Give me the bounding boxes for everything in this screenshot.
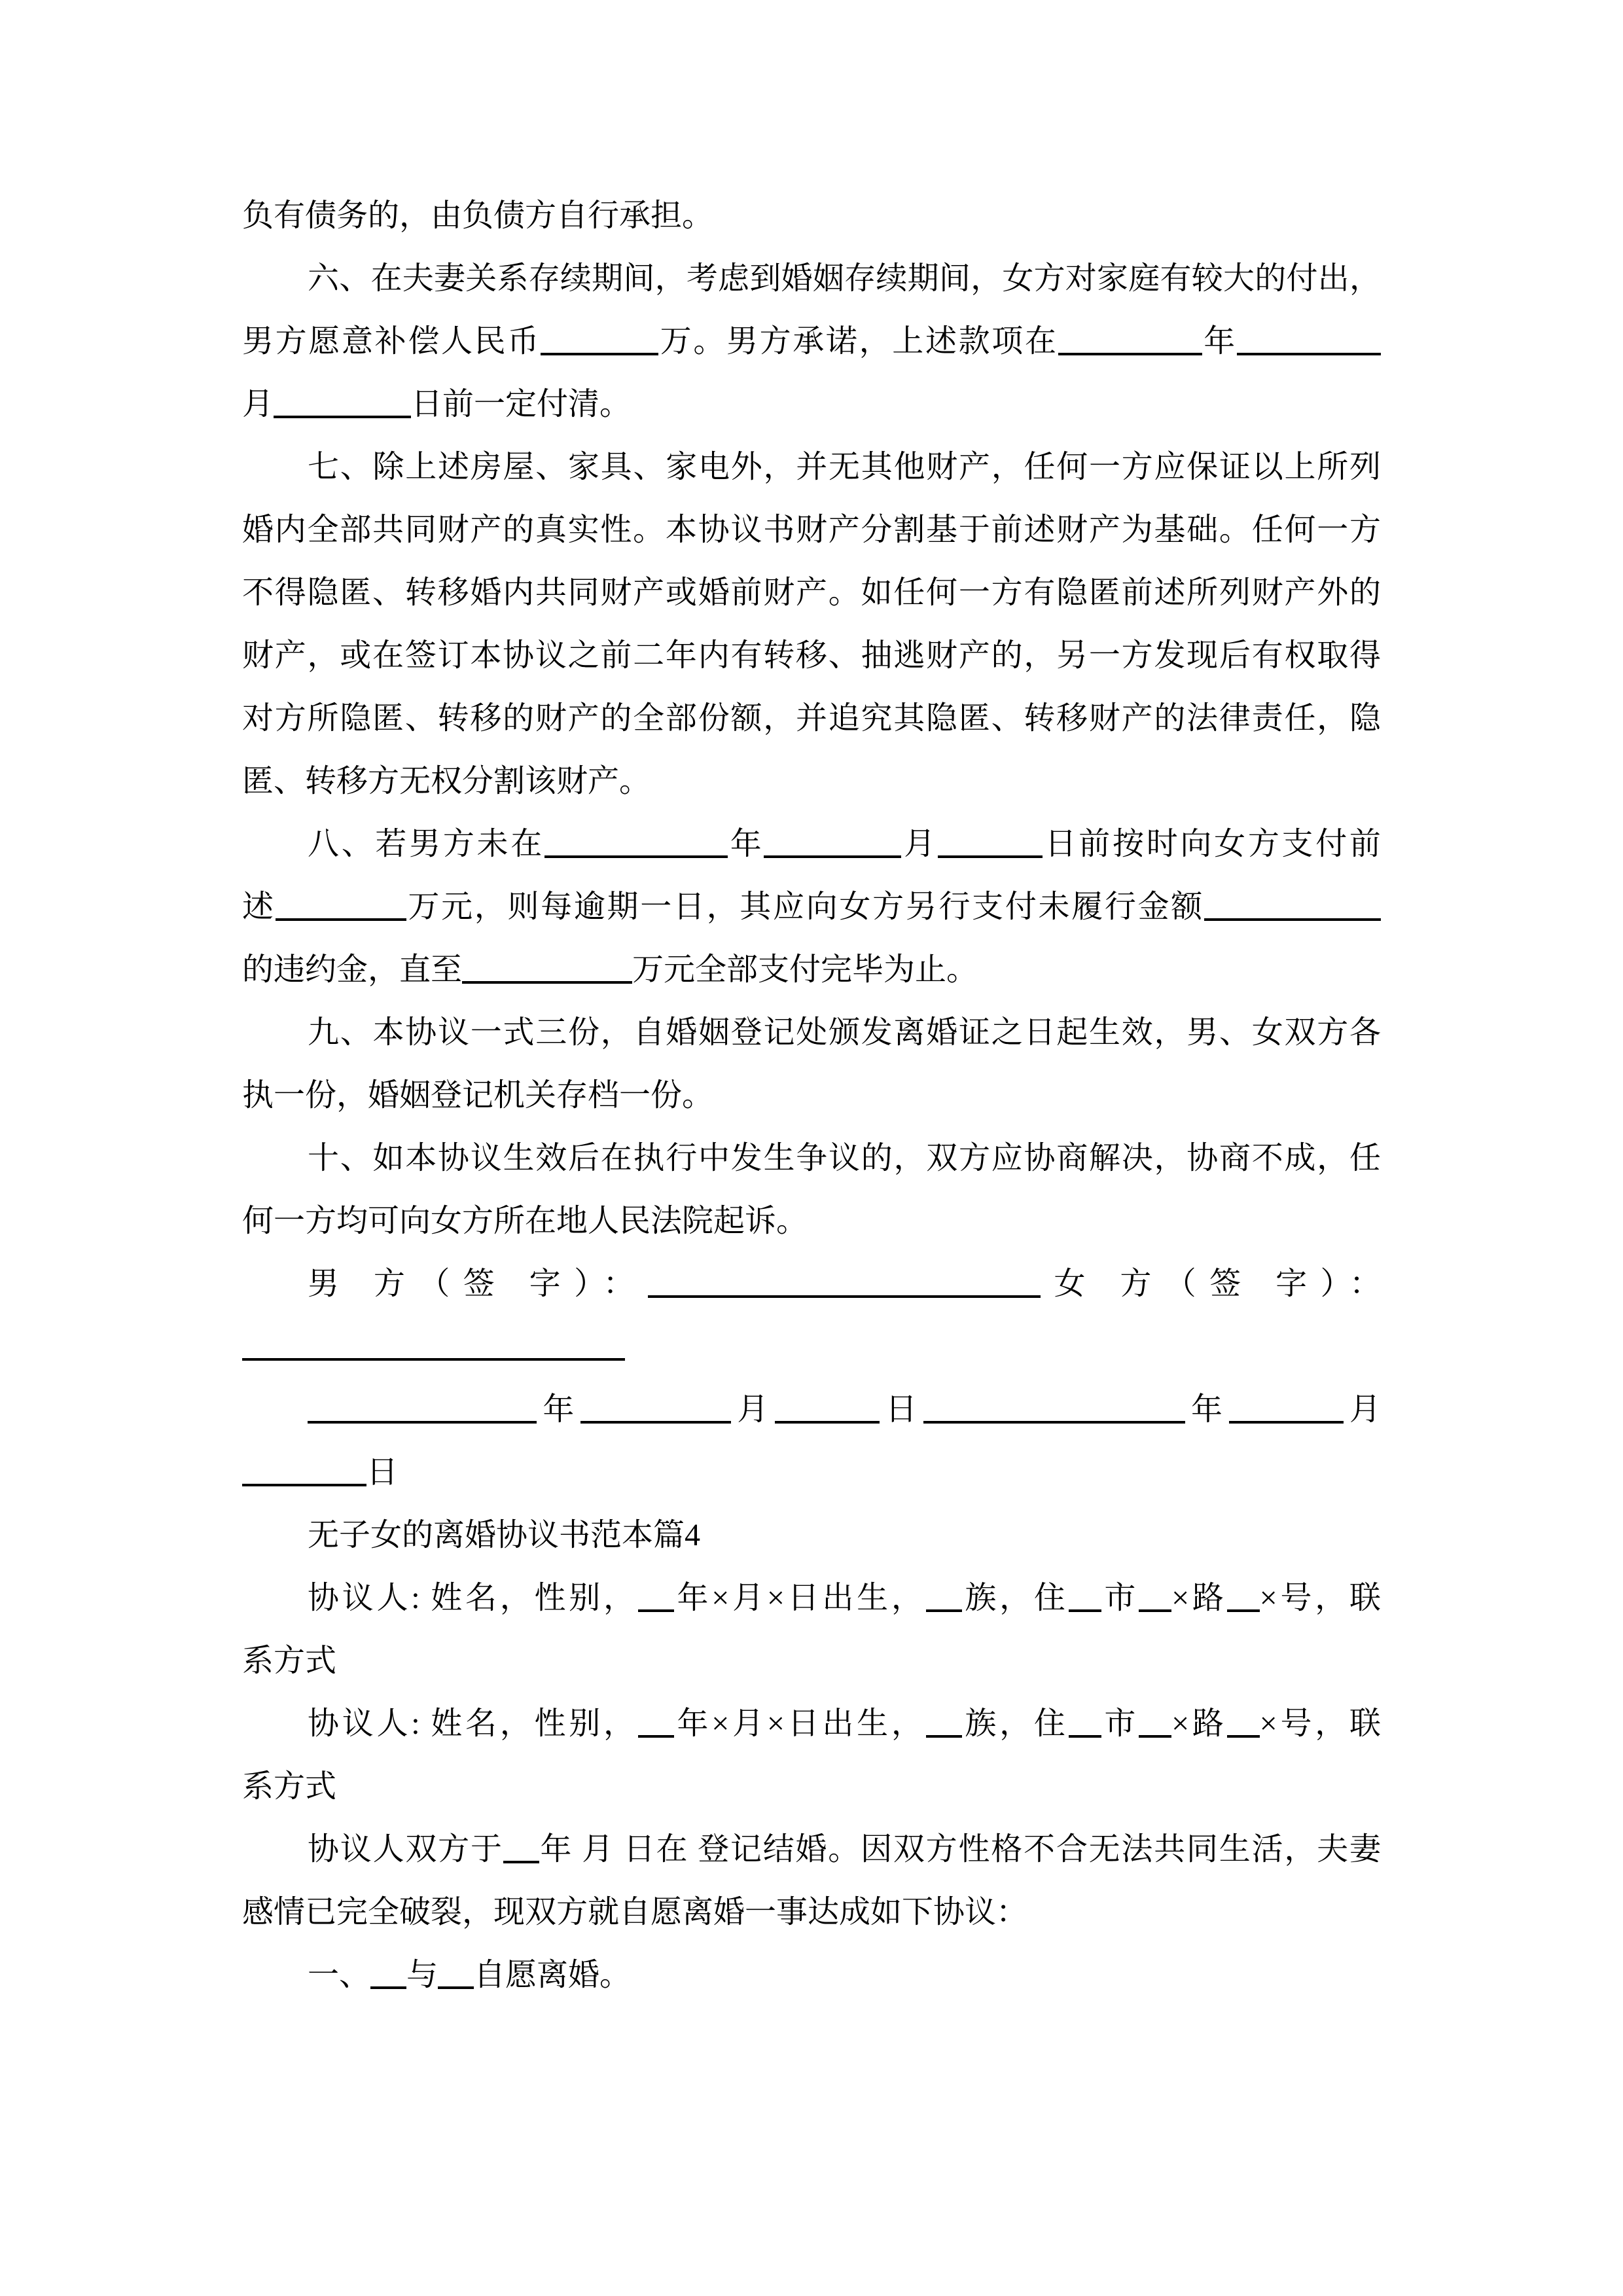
text-run: 市 [1101, 1706, 1139, 1741]
text-run: 六、在夫妻关系存续期间，考虑到婚姻存续期间，女方对家庭有较大的付出， [308, 261, 1381, 296]
text-run: 系方式 [242, 1643, 336, 1678]
text-run: 女 方（签 字）： [1041, 1266, 1381, 1301]
blank-underline [1069, 1582, 1101, 1612]
text-run: 万元，则每逾期一日，其应向女方另行支付未履行金额 [406, 889, 1204, 924]
text-run: 年 月 日在 登记结婚。因双方性格不合无法共同生活，夫妻 [539, 1832, 1381, 1867]
text-run: 七、除上述房屋、家具、家电外，并无其他财产，任何一方应保证以上所列 [308, 450, 1381, 484]
text-line-21: 日 [242, 1441, 1381, 1504]
blank-underline [1237, 325, 1381, 355]
text-line-29: 一、与自愿离婚。 [242, 1944, 1381, 2007]
text-line-28: 感情已完全破裂，现双方就自愿离婚一事达成如下协议： [242, 1881, 1381, 1944]
blank-underline [1139, 1708, 1171, 1738]
text-line-15: 执一份，婚姻登记机关存档一份。 [242, 1064, 1381, 1127]
text-run: 与 [406, 1958, 438, 1992]
blank-underline [926, 1582, 962, 1612]
text-run: 一、 [308, 1958, 370, 1992]
text-run: ×路 [1171, 1706, 1227, 1741]
text-run: 述 [242, 889, 276, 924]
text-run: 财产，或在签订本协议之前二年内有转移、抽逃财产的，另一方发现后有权取得 [242, 638, 1381, 673]
text-line-19 [242, 1316, 1381, 1378]
text-line-24: 系方式 [242, 1630, 1381, 1693]
blank-underline [1227, 1582, 1260, 1612]
text-line-18: 男 方（签 字）：女 方（签 字）： [242, 1253, 1381, 1316]
text-line-26: 系方式 [242, 1755, 1381, 1818]
blank-underline [242, 1456, 366, 1486]
text-line-5: 七、除上述房屋、家具、家电外，并无其他财产，任何一方应保证以上所列 [242, 436, 1381, 499]
text-run: 感情已完全破裂，现双方就自愿离婚一事达成如下协议： [242, 1895, 1027, 1929]
text-run: 日 [366, 1455, 398, 1490]
text-run: 十、如本协议生效后在执行中发生争议的，双方应协商解决，协商不成，任 [308, 1141, 1381, 1175]
text-line-12: 述万元，则每逾期一日，其应向女方另行支付未履行金额 [242, 876, 1381, 939]
blank-underline [638, 1582, 674, 1612]
text-run: 月 [901, 827, 937, 861]
text-run: 对方所隐匿、转移的财产的全部份额，并追究其隐匿、转移财产的法律责任，隐 [242, 701, 1381, 736]
text-line-16: 十、如本协议生效后在执行中发生争议的，双方应协商解决，协商不成，任 [242, 1127, 1381, 1190]
document-page: 负有债务的，由负债方自行承担。六、在夫妻关系存续期间，考虑到婚姻存续期间，女方对… [242, 185, 1381, 2007]
text-line-14: 九、本协议一式三份，自婚姻登记处颁发离婚证之日起生效，男、女双方各 [242, 1001, 1381, 1064]
text-run: 年 [1202, 324, 1237, 359]
text-run: ×号，联 [1260, 1581, 1381, 1615]
blank-underline [276, 891, 406, 921]
text-line-20: 年月日年月 [242, 1378, 1381, 1441]
text-line-8: 财产，或在签订本协议之前二年内有转移、抽逃财产的，另一方发现后有权取得 [242, 624, 1381, 687]
text-run: 匿、转移方无权分割该财产。 [242, 764, 651, 798]
text-run: 八、若男方未在 [308, 827, 544, 861]
text-run: 月 [731, 1392, 775, 1427]
text-line-23: 协议人: 姓名，性别，年×月×日出生，族，住市×路×号，联 [242, 1567, 1381, 1630]
blank-underline [775, 1393, 880, 1424]
text-run: 不得隐匿、转移婚内共同财产或婚前财产。如任何一方有隐匿前述所列财产外的 [242, 575, 1381, 610]
text-line-1: 负有债务的，由负债方自行承担。 [242, 185, 1381, 247]
text-run: ×号，联 [1260, 1706, 1381, 1741]
text-run: 族，住 [962, 1581, 1069, 1615]
text-line-7: 不得隐匿、转移婚内共同财产或婚前财产。如任何一方有隐匿前述所列财产外的 [242, 562, 1381, 624]
text-run: 何一方均可向女方所在地人民法院起诉。 [242, 1204, 808, 1238]
blank-underline [580, 1393, 731, 1424]
text-run: 的违约金，直至 [242, 952, 462, 987]
text-line-11: 八、若男方未在年月日前按时向女方支付前 [242, 813, 1381, 876]
text-run: ×路 [1171, 1581, 1227, 1615]
text-run: 自愿离婚。 [474, 1958, 631, 1992]
text-run: 负有债务的，由负债方自行承担。 [242, 198, 713, 233]
blank-underline [1229, 1393, 1344, 1424]
text-run: 无子女的离婚协议书范本篇4 [308, 1518, 700, 1552]
blank-underline [938, 828, 1043, 858]
text-line-4: 月日前一定付清。 [242, 373, 1381, 436]
blank-underline [462, 954, 632, 984]
text-run: 日前按时向女方支付前 [1043, 827, 1381, 861]
blank-underline [308, 1393, 537, 1424]
blank-underline [638, 1708, 674, 1738]
text-line-3: 男方愿意补偿人民币万。男方承诺，上述款项在年 [242, 310, 1381, 373]
text-line-27: 协议人双方于年 月 日在 登记结婚。因双方性格不合无法共同生活，夫妻 [242, 1818, 1381, 1881]
blank-underline [544, 828, 728, 858]
text-run: 协议人双方于 [308, 1832, 503, 1867]
blank-underline [1204, 891, 1381, 921]
text-line-22: 无子女的离婚协议书范本篇4 [242, 1504, 1381, 1567]
blank-underline [923, 1393, 1185, 1424]
text-run: 协议人: 姓名，性别， [308, 1706, 638, 1741]
blank-underline [242, 1331, 625, 1361]
blank-underline [1227, 1708, 1260, 1738]
blank-underline [503, 1833, 539, 1863]
text-run: 日 [880, 1392, 923, 1427]
text-run: 系方式 [242, 1769, 336, 1804]
blank-underline [438, 1959, 474, 1989]
text-line-13: 的违约金，直至万元全部支付完毕为止。 [242, 939, 1381, 1001]
text-line-10: 匿、转移方无权分割该财产。 [242, 750, 1381, 813]
blank-underline [764, 828, 901, 858]
text-run: 万元全部支付完毕为止。 [632, 952, 978, 987]
text-run: 日前一定付清。 [411, 387, 631, 422]
text-line-2: 六、在夫妻关系存续期间，考虑到婚姻存续期间，女方对家庭有较大的付出， [242, 247, 1381, 310]
blank-underline [541, 325, 658, 355]
blank-underline [1069, 1708, 1101, 1738]
text-run: 执一份，婚姻登记机关存档一份。 [242, 1078, 713, 1113]
text-line-25: 协议人: 姓名，性别，年×月×日出生，族，住市×路×号，联 [242, 1693, 1381, 1755]
text-run: 族，住 [962, 1706, 1069, 1741]
text-run: 月 [242, 387, 274, 422]
blank-underline [274, 388, 411, 418]
text-line-17: 何一方均可向女方所在地人民法院起诉。 [242, 1190, 1381, 1253]
text-run: 协议人: 姓名，性别， [308, 1581, 638, 1615]
text-run: 婚内全部共同财产的真实性。本协议书财产分割基于前述财产为基础。任何一方 [242, 512, 1381, 547]
text-run: 年 [728, 827, 764, 861]
text-run: 男 方（签 字）： [308, 1266, 648, 1301]
text-run: 年×月×日出生， [674, 1706, 926, 1741]
text-run: 年 [537, 1392, 580, 1427]
text-run: 年×月×日出生， [674, 1581, 926, 1615]
text-line-6: 婚内全部共同财产的真实性。本协议书财产分割基于前述财产为基础。任何一方 [242, 499, 1381, 562]
blank-underline [370, 1959, 406, 1989]
blank-underline [648, 1268, 1041, 1298]
text-run: 男方愿意补偿人民币 [242, 324, 541, 359]
blank-underline [1058, 325, 1202, 355]
blank-underline [1139, 1582, 1171, 1612]
text-run: 九、本协议一式三份，自婚姻登记处颁发离婚证之日起生效，男、女双方各 [308, 1015, 1381, 1050]
text-line-9: 对方所隐匿、转移的财产的全部份额，并追究其隐匿、转移财产的法律责任，隐 [242, 687, 1381, 750]
blank-underline [926, 1708, 962, 1738]
text-run: 年 [1185, 1392, 1229, 1427]
text-run: 万。男方承诺，上述款项在 [658, 324, 1058, 359]
text-run: 市 [1101, 1581, 1139, 1615]
text-run: 月 [1344, 1392, 1381, 1427]
